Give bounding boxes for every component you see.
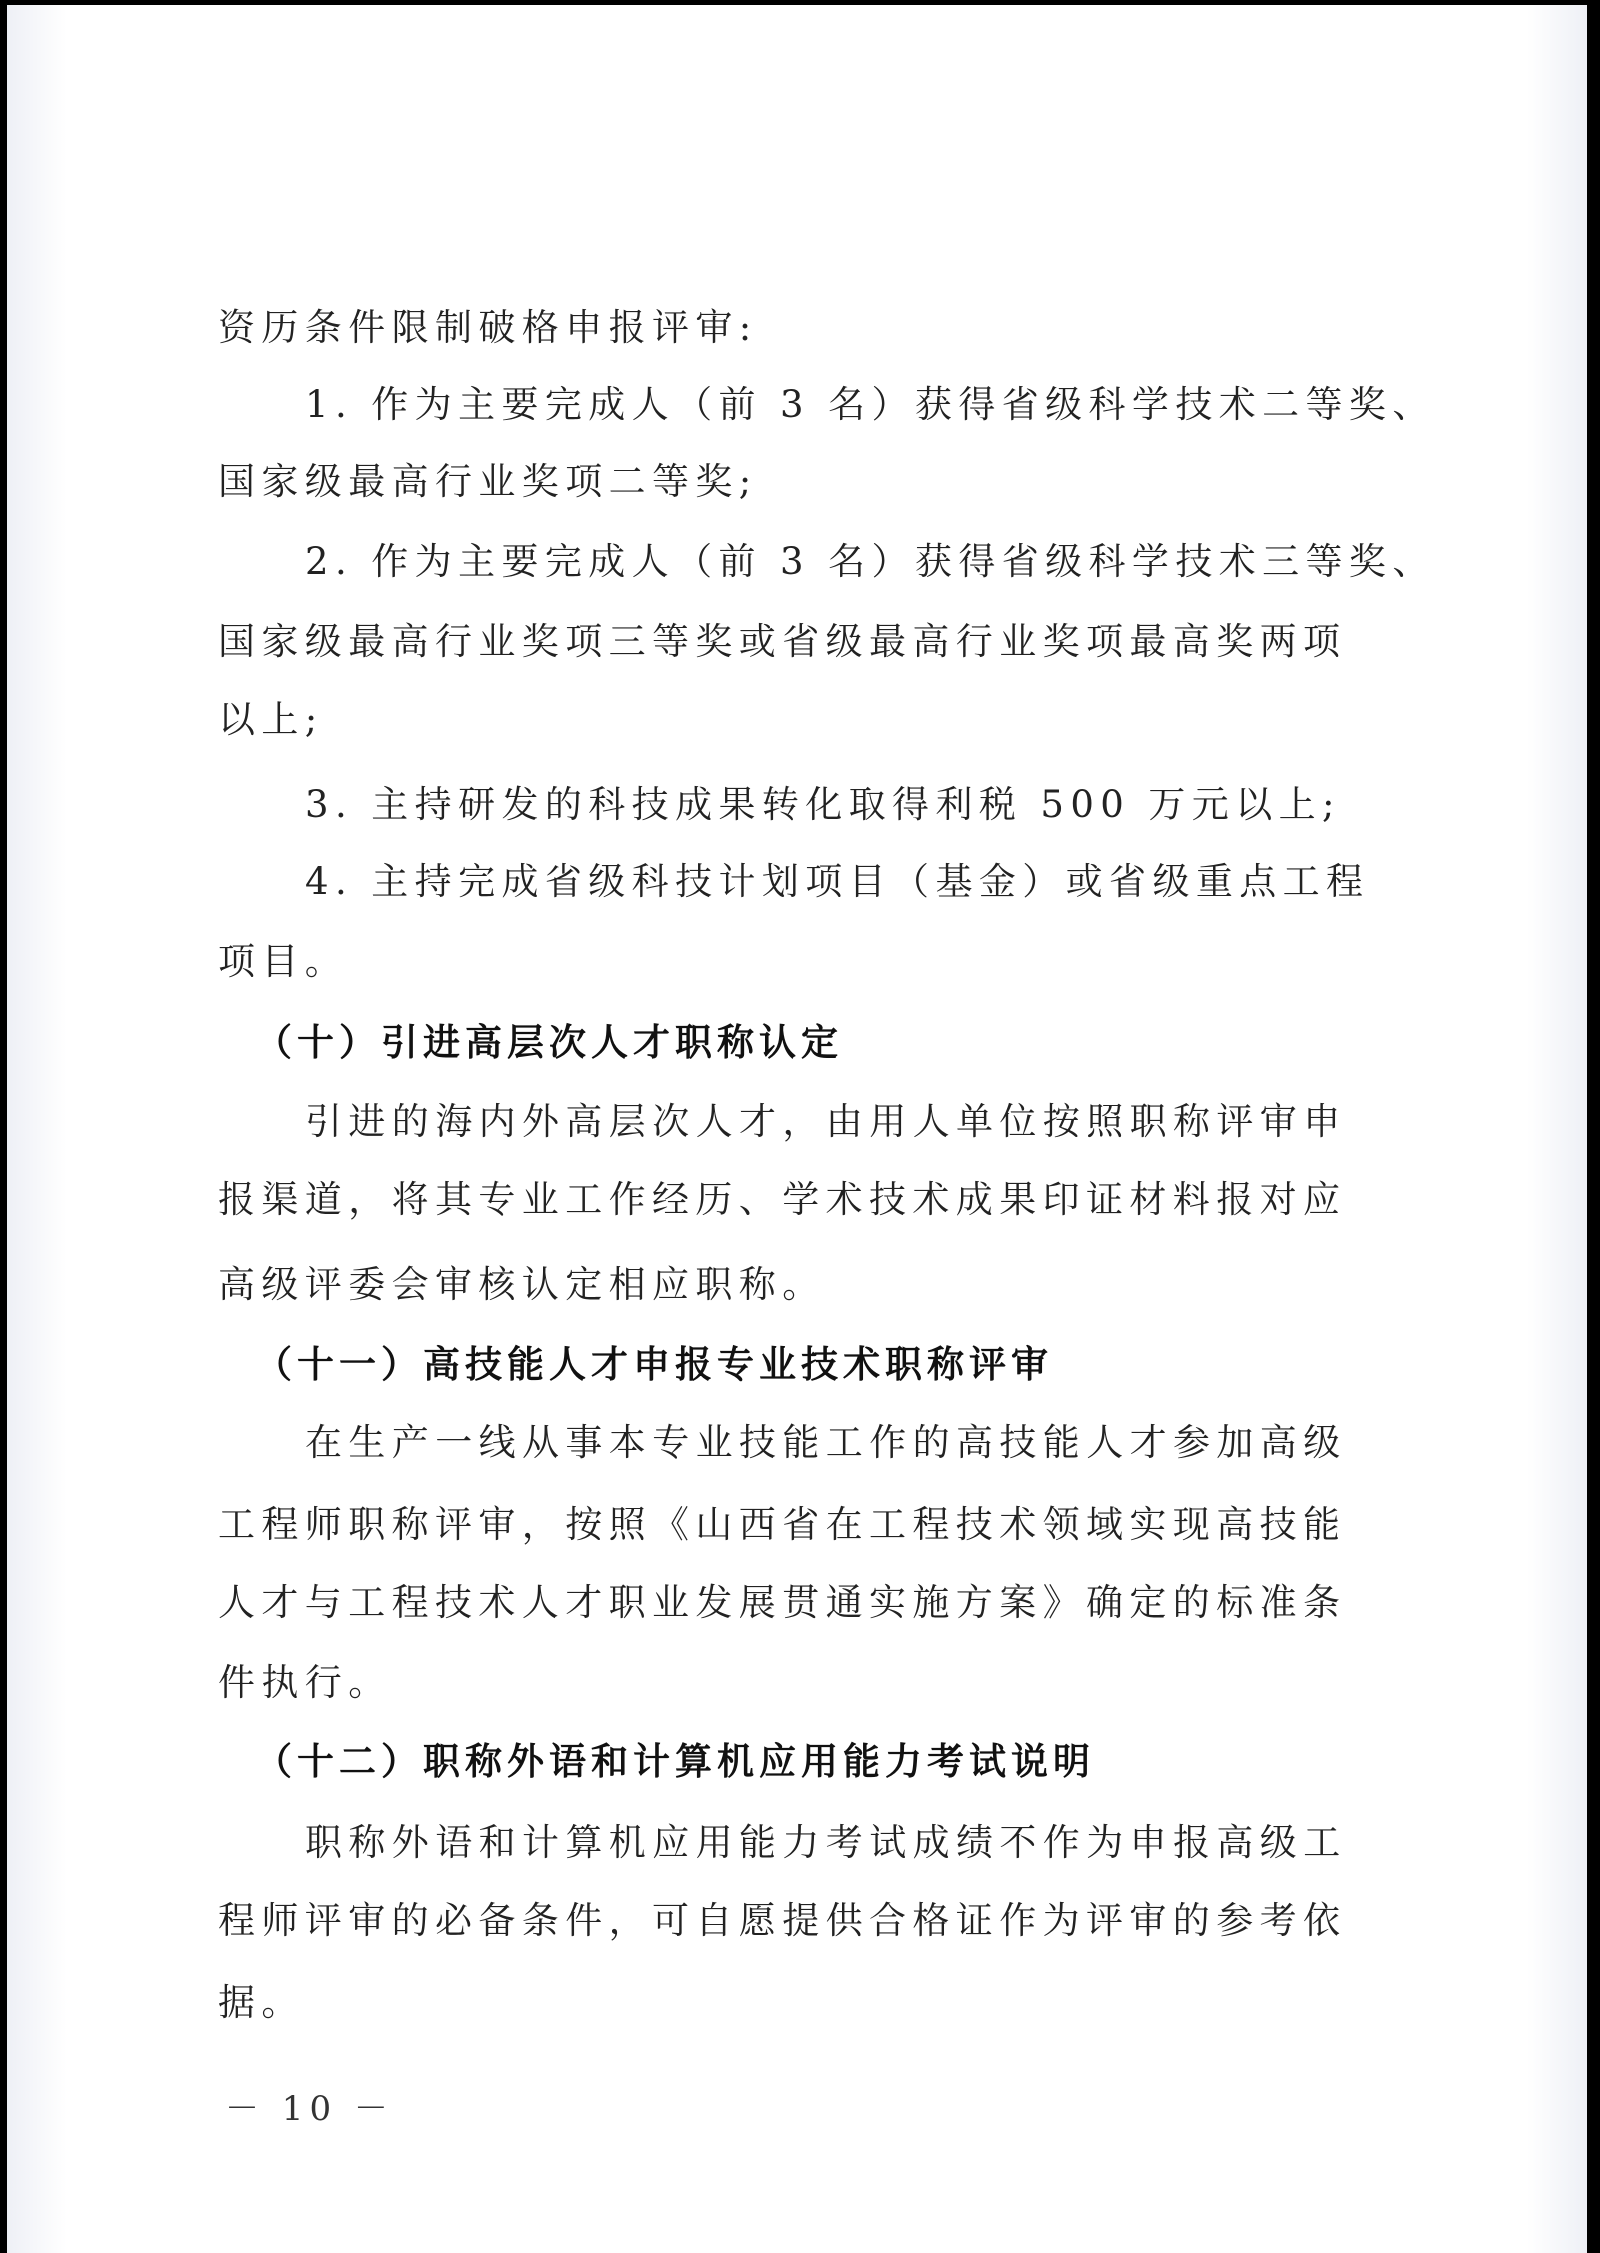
paragraph-line: 件执行。 xyxy=(218,1658,392,1708)
section-heading-12: （十二）职称外语和计算机应用能力考试说明 xyxy=(255,1737,1095,1787)
list-item-2-cont: 以上; xyxy=(218,695,324,745)
page-number: － 10 － xyxy=(225,2087,394,2131)
paragraph-line: 高级评委会审核认定相应职称。 xyxy=(218,1260,826,1310)
list-item-2-cont: 国家级最高行业奖项三等奖或省级最高行业奖项最高奖两项 xyxy=(218,617,1346,667)
text-line: 资历条件限制破格申报评审: xyxy=(218,303,758,353)
paragraph-line: 报渠道，将其专业工作经历、学术技术成果印证材料报对应 xyxy=(218,1175,1346,1225)
list-item-1-cont: 国家级最高行业奖项二等奖; xyxy=(218,457,758,507)
paragraph-line: 人才与工程技术人才职业发展贯通实施方案》确定的标准条 xyxy=(218,1578,1346,1628)
list-item-3: 3. 主持研发的科技成果转化取得利税 500 万元以上; xyxy=(305,780,1341,830)
paragraph-line: 职称外语和计算机应用能力考试成绩不作为申报高级工 xyxy=(305,1818,1347,1868)
list-item-2: 2. 作为主要完成人（前 3 名）获得省级科学技术三等奖、 xyxy=(305,537,1436,587)
section-heading-11: （十一）高技能人才申报专业技术职称评审 xyxy=(255,1340,1053,1390)
paragraph-line: 程师评审的必备条件，可自愿提供合格证作为评审的参考依 xyxy=(218,1896,1346,1946)
paragraph-line: 在生产一线从事本专业技能工作的高技能人才参加高级 xyxy=(305,1418,1347,1468)
paragraph-line: 工程师职称评审，按照《山西省在工程技术领域实现高技能 xyxy=(218,1500,1346,1550)
paragraph-line: 引进的海内外高层次人才，由用人单位按照职称评审申 xyxy=(305,1097,1347,1147)
document-page: 资历条件限制破格申报评审: 1. 作为主要完成人（前 3 名）获得省级科学技术二… xyxy=(7,5,1587,2253)
section-heading-10: （十）引进高层次人才职称认定 xyxy=(255,1018,843,1068)
paragraph-line: 据。 xyxy=(218,1978,305,2028)
list-item-4: 4. 主持完成省级科技计划项目（基金）或省级重点工程 xyxy=(305,857,1369,907)
list-item-1: 1. 作为主要完成人（前 3 名）获得省级科学技术二等奖、 xyxy=(305,380,1436,430)
list-item-4-cont: 项目。 xyxy=(218,937,348,987)
